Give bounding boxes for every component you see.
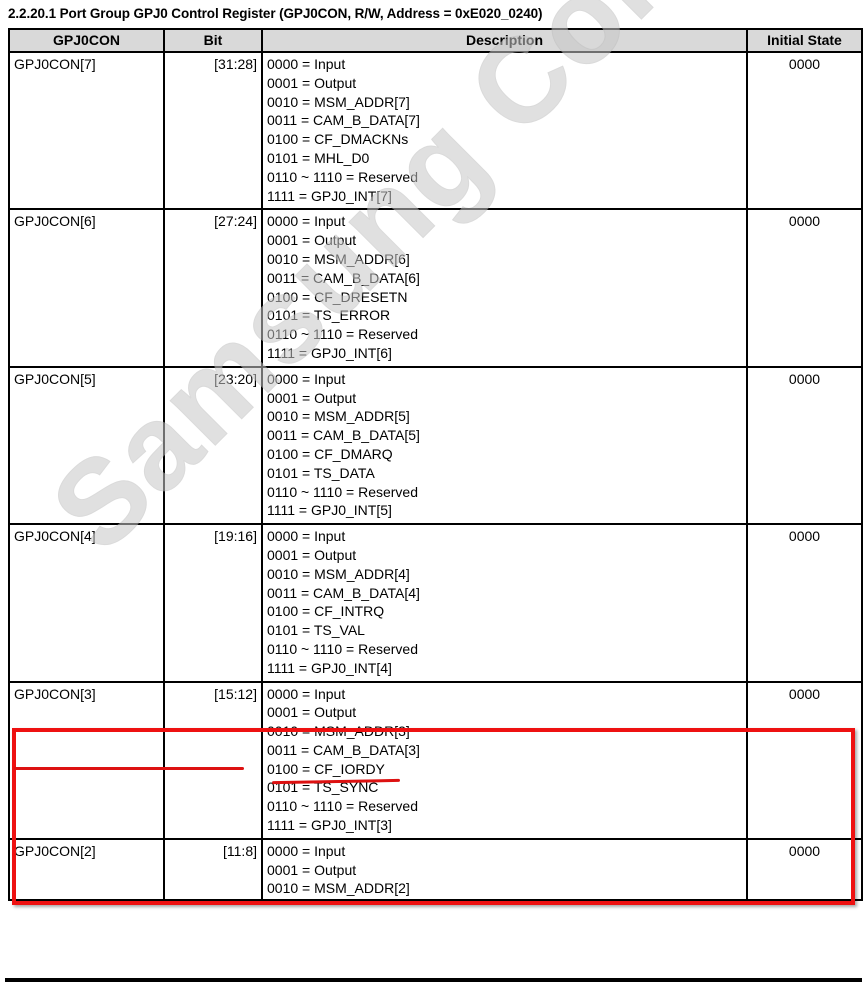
description-line: 0010 = MSM_ADDR[4] [267,565,742,584]
description-cell: 0000 = Input0001 = Output0010 = MSM_ADDR… [262,524,747,681]
description-line: 1111 = GPJ0_INT[7] [267,187,742,206]
description-line: 0001 = Output [267,389,742,408]
initial-state-cell: 0000 [747,524,862,681]
description-line: 0011 = CAM_B_DATA[6] [267,269,742,288]
description-line: 0110 ~ 1110 = Reserved [267,797,742,816]
bit-cell: [23:20] [164,367,262,524]
initial-state-cell: 0000 [747,682,862,839]
register-table: GPJ0CON Bit Description Initial State GP… [8,28,863,901]
description-line: 0110 ~ 1110 = Reserved [267,168,742,187]
description-line: 0000 = Input [267,842,742,861]
description-line: 0000 = Input [267,55,742,74]
description-line: 0101 = TS_ERROR [267,306,742,325]
description-line: 0011 = CAM_B_DATA[7] [267,111,742,130]
bit-cell: [15:12] [164,682,262,839]
description-line: 0010 = MSM_ADDR[3] [267,722,742,741]
section-title: 2.2.20.1 Port Group GPJ0 Control Registe… [8,6,542,21]
description-line: 0001 = Output [267,74,742,93]
description-line: 0100 = CF_IORDY [267,760,742,779]
description-line: 0000 = Input [267,212,742,231]
description-line: 0001 = Output [267,546,742,565]
description-cell: 0000 = Input0001 = Output0010 = MSM_ADDR… [262,367,747,524]
description-line: 0000 = Input [267,685,742,704]
description-line: 1111 = GPJ0_INT[3] [267,816,742,835]
description-line: 0001 = Output [267,703,742,722]
bit-cell: [11:8] [164,839,262,900]
description-cell: 0000 = Input0001 = Output0010 = MSM_ADDR… [262,52,747,209]
description-line: 0101 = TS_SYNC [267,778,742,797]
table-row: GPJ0CON[3][15:12]0000 = Input0001 = Outp… [9,682,862,839]
description-cell: 0000 = Input0001 = Output0010 = MSM_ADDR… [262,839,747,900]
description-line: 0100 = CF_DRESETN [267,288,742,307]
description-line: 0100 = CF_INTRQ [267,602,742,621]
initial-state-cell: 0000 [747,839,862,900]
initial-state-cell: 0000 [747,52,862,209]
description-line: 0101 = MHL_D0 [267,149,742,168]
field-cell: GPJ0CON[3] [9,682,164,839]
description-line: 0001 = Output [267,231,742,250]
description-line: 0011 = CAM_B_DATA[4] [267,584,742,603]
description-line: 0101 = TS_DATA [267,464,742,483]
header-description: Description [262,29,747,52]
description-line: 0001 = Output [267,861,742,880]
field-cell: GPJ0CON[2] [9,839,164,900]
description-line: 0000 = Input [267,527,742,546]
table-row: GPJ0CON[6][27:24]0000 = Input0001 = Outp… [9,209,862,366]
description-line: 0011 = CAM_B_DATA[3] [267,741,742,760]
description-line: 0010 = MSM_ADDR[6] [267,250,742,269]
description-line: 1111 = GPJ0_INT[6] [267,344,742,363]
description-line: 0011 = CAM_B_DATA[5] [267,426,742,445]
field-cell: GPJ0CON[5] [9,367,164,524]
field-cell: GPJ0CON[7] [9,52,164,209]
bit-cell: [31:28] [164,52,262,209]
header-field: GPJ0CON [9,29,164,52]
description-line: 0110 ~ 1110 = Reserved [267,325,742,344]
description-line: 0000 = Input [267,370,742,389]
description-line: 0010 = MSM_ADDR[2] [267,879,742,898]
description-cell: 0000 = Input0001 = Output0010 = MSM_ADDR… [262,682,747,839]
initial-state-cell: 0000 [747,209,862,366]
description-line: 0010 = MSM_ADDR[5] [267,407,742,426]
table-row: GPJ0CON[7][31:28]0000 = Input0001 = Outp… [9,52,862,209]
description-line: 0010 = MSM_ADDR[7] [267,93,742,112]
table-row: GPJ0CON[2][11:8]0000 = Input0001 = Outpu… [9,839,862,900]
description-line: 0100 = CF_DMARQ [267,445,742,464]
description-line: 0110 ~ 1110 = Reserved [267,640,742,659]
table-header-row: GPJ0CON Bit Description Initial State [9,29,862,52]
table-row: GPJ0CON[5][23:20]0000 = Input0001 = Outp… [9,367,862,524]
header-bit: Bit [164,29,262,52]
field-cell: GPJ0CON[6] [9,209,164,366]
description-line: 1111 = GPJ0_INT[5] [267,501,742,520]
bit-cell: [27:24] [164,209,262,366]
header-initial-state: Initial State [747,29,862,52]
description-line: 0101 = TS_VAL [267,621,742,640]
description-cell: 0000 = Input0001 = Output0010 = MSM_ADDR… [262,209,747,366]
field-cell: GPJ0CON[4] [9,524,164,681]
description-line: 0100 = CF_DMACKNs [267,130,742,149]
footer-rule [5,978,862,982]
initial-state-cell: 0000 [747,367,862,524]
bit-cell: [19:16] [164,524,262,681]
description-line: 0110 ~ 1110 = Reserved [267,483,742,502]
table-row: GPJ0CON[4][19:16]0000 = Input0001 = Outp… [9,524,862,681]
description-line: 1111 = GPJ0_INT[4] [267,659,742,678]
